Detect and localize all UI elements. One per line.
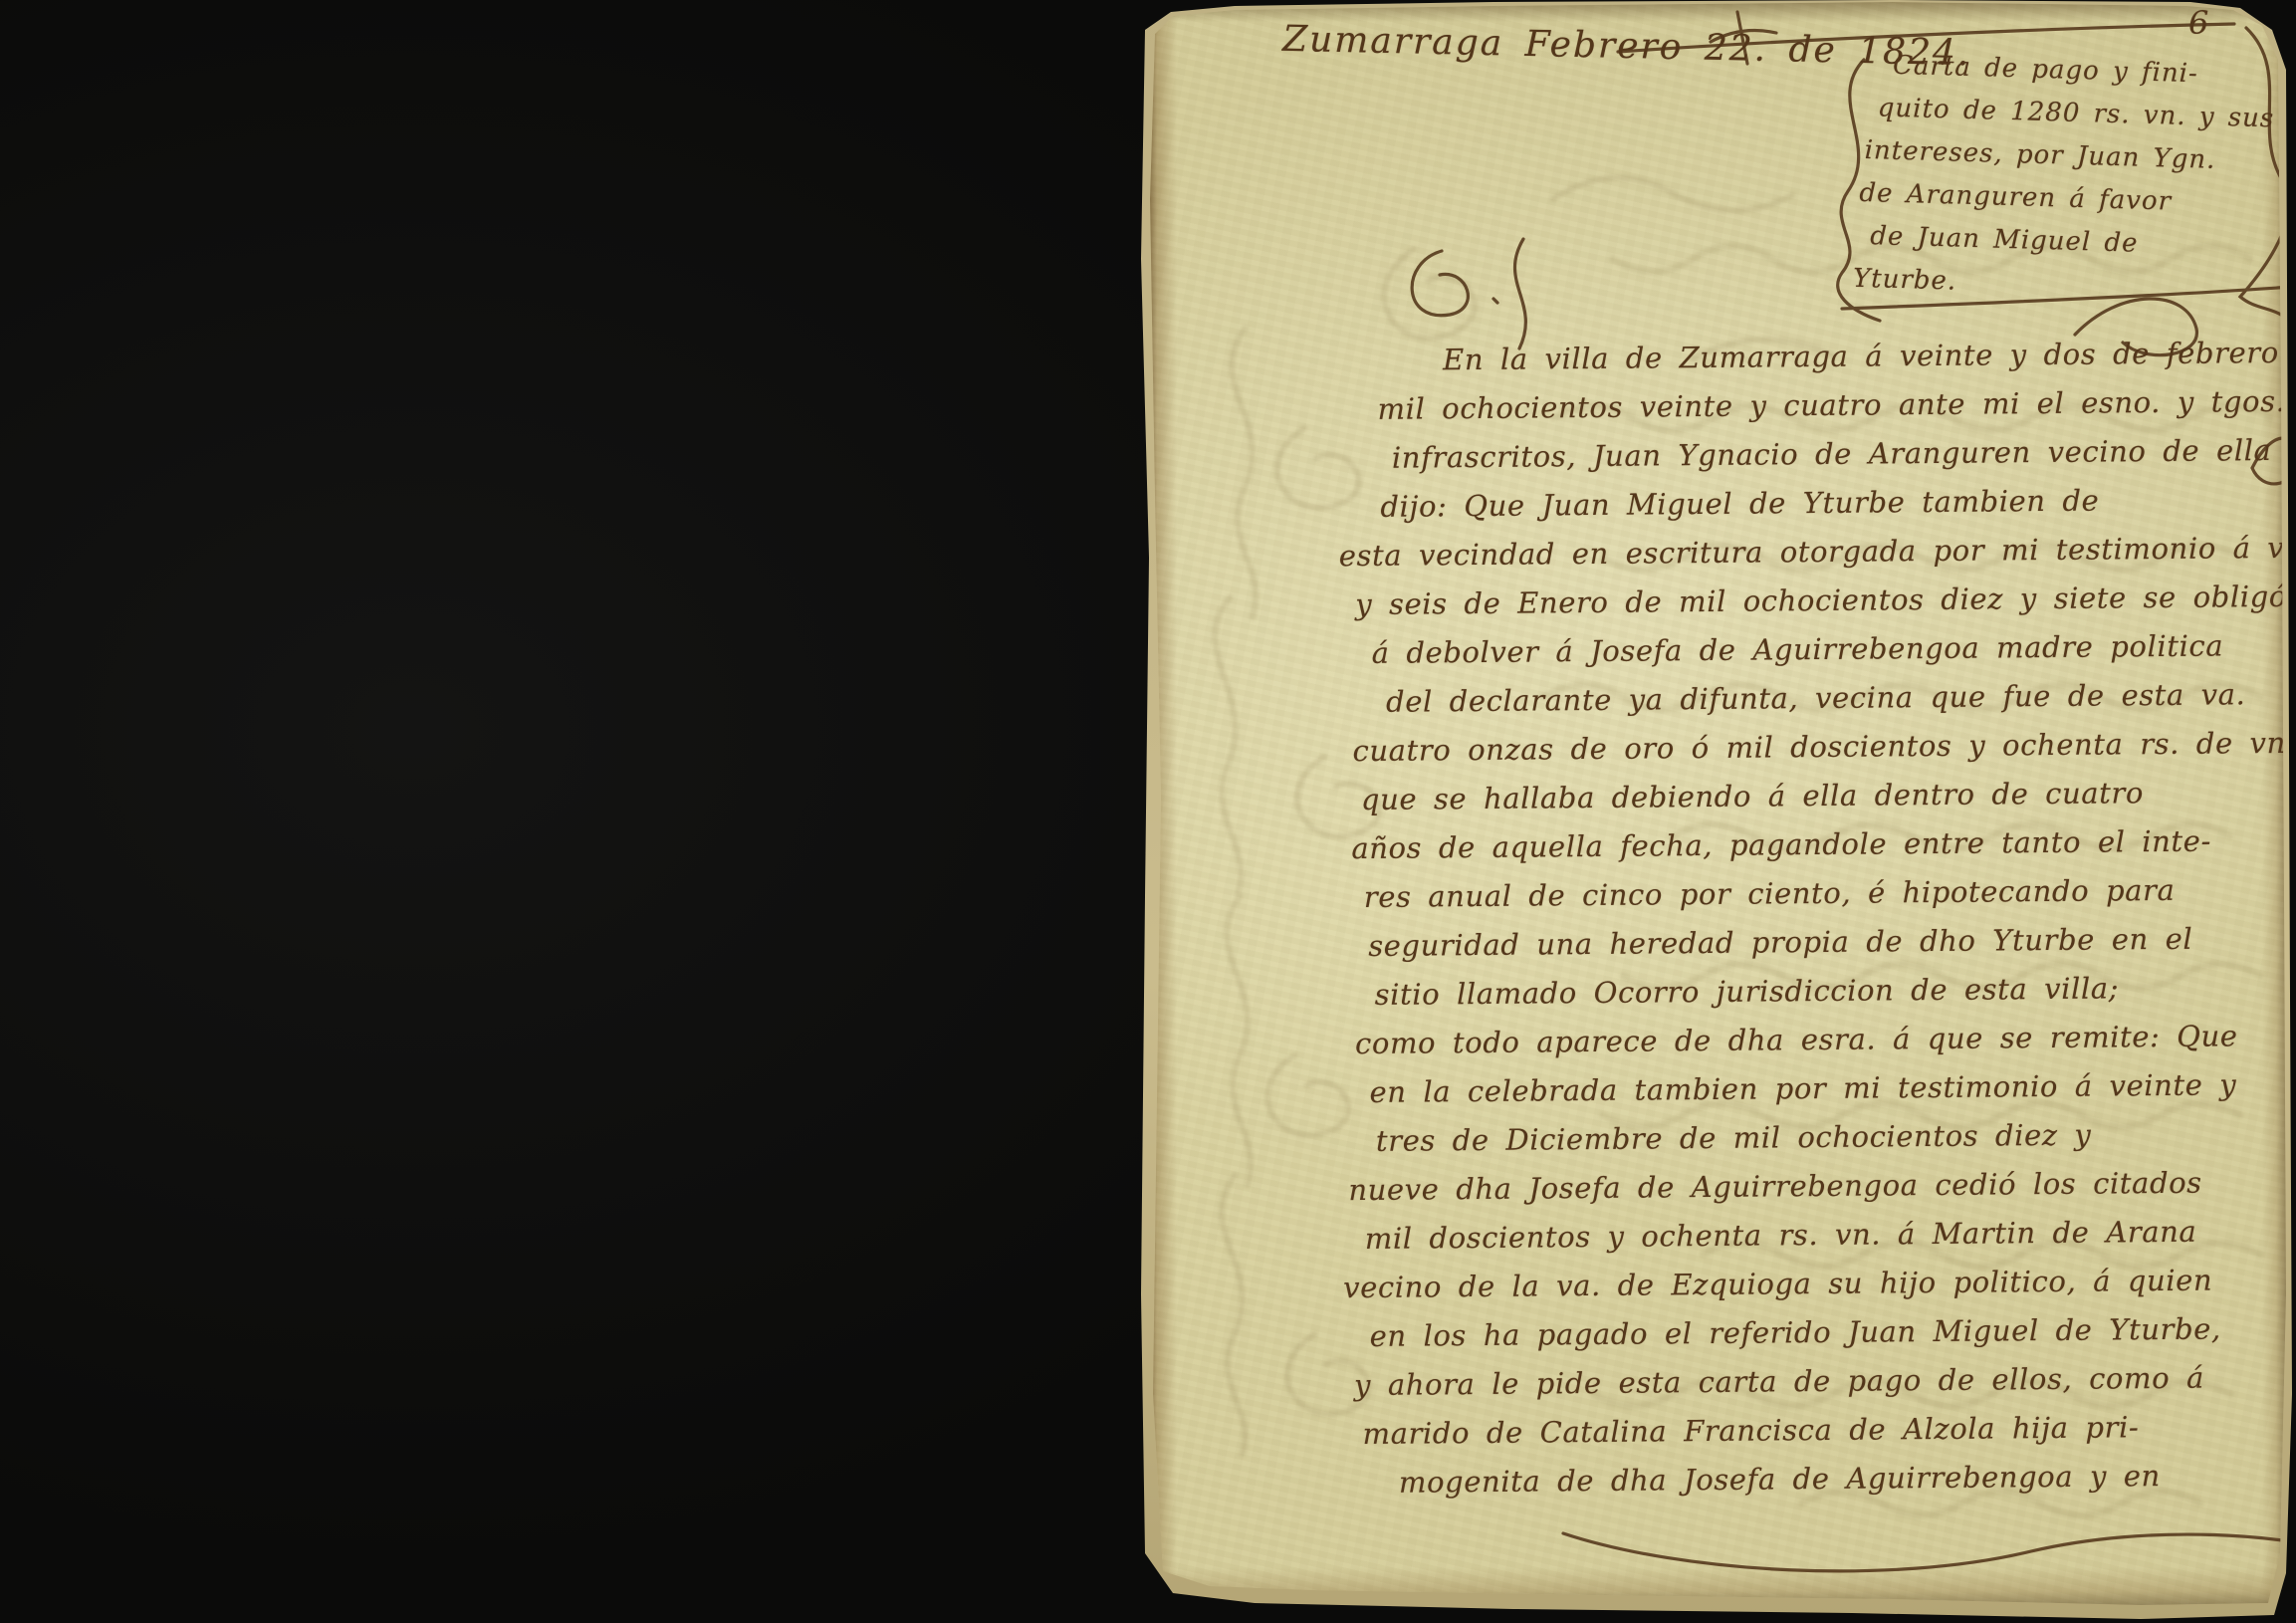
manuscript-line: cuatro onzas de oro ó mil doscientos y o… xyxy=(1352,719,2286,776)
manuscript-line: res anual de cinco por ciento, é hipotec… xyxy=(1364,865,2288,922)
manuscript-line: sitio llamado Ocorro jurisdiccion de est… xyxy=(1374,963,2288,1020)
manuscript-line: y ahora le pide esta carta de pago de el… xyxy=(1354,1353,2292,1410)
manuscript-line: en los ha pagado el referido Juan Miguel… xyxy=(1369,1304,2291,1361)
manuscript-line: del declarante ya difunta, vecina que fu… xyxy=(1386,670,2286,727)
manuscript-line: seguridad una heredad propia de dho Ytur… xyxy=(1368,914,2288,971)
manuscript-line: como todo aparece de dha esra. á que se … xyxy=(1355,1012,2289,1068)
manuscript-line: marido de Catalina Francisca de Alzola h… xyxy=(1362,1402,2292,1459)
manuscript-line: En la villa de Zumarraga á veinte y dos … xyxy=(1443,329,2283,384)
margin-summary-note: Carta de pago y fini- quito de 1280 rs. … xyxy=(1886,45,2271,313)
scanned-manuscript-page: 6 Zumarraga Febrero 22. de 1824. Carta d… xyxy=(0,0,2296,1623)
manuscript-line: en la celebrada tambien por mi testimoni… xyxy=(1369,1060,2289,1117)
manuscript-line: vecino de la va. de Ezquioga su hijo pol… xyxy=(1343,1256,2291,1312)
page-number: 6 xyxy=(2188,4,2208,42)
manuscript-line: que se hallaba debiendo á ella dentro de… xyxy=(1361,768,2287,824)
manuscript-body: En la villa de Zumarraga á veinte y dos … xyxy=(1347,329,2293,1507)
manuscript-line: tres de Diciembre de mil ochocientos die… xyxy=(1376,1109,2290,1166)
manuscript-line: infrascritos, Juan Ygnacio de Aranguren … xyxy=(1392,426,2284,483)
manuscript-line: y seis de Enero de mil ochocientos diez … xyxy=(1355,573,2285,629)
manuscript-line: mogenita de dha Josefa de Aguirrebengoa … xyxy=(1399,1451,2293,1507)
manuscript-line: mil doscientos y ochenta rs. vn. á Marti… xyxy=(1365,1207,2291,1264)
manuscript-line: años de aquella fecha, pagandole entre t… xyxy=(1351,816,2287,873)
manuscript-line: esta vecindad en escritura otorgada por … xyxy=(1339,524,2285,580)
manuscript-line: á debolver á Josefa de Aguirrebengoa mad… xyxy=(1371,621,2285,678)
manuscript-line: nueve dha Josefa de Aguirrebengoa cedió … xyxy=(1348,1158,2290,1215)
manuscript-line: mil ochocientos veinte y cuatro ante mi … xyxy=(1377,377,2283,434)
manuscript-line: dijo: Que Juan Miguel de Yturbe tambien … xyxy=(1380,475,2284,532)
